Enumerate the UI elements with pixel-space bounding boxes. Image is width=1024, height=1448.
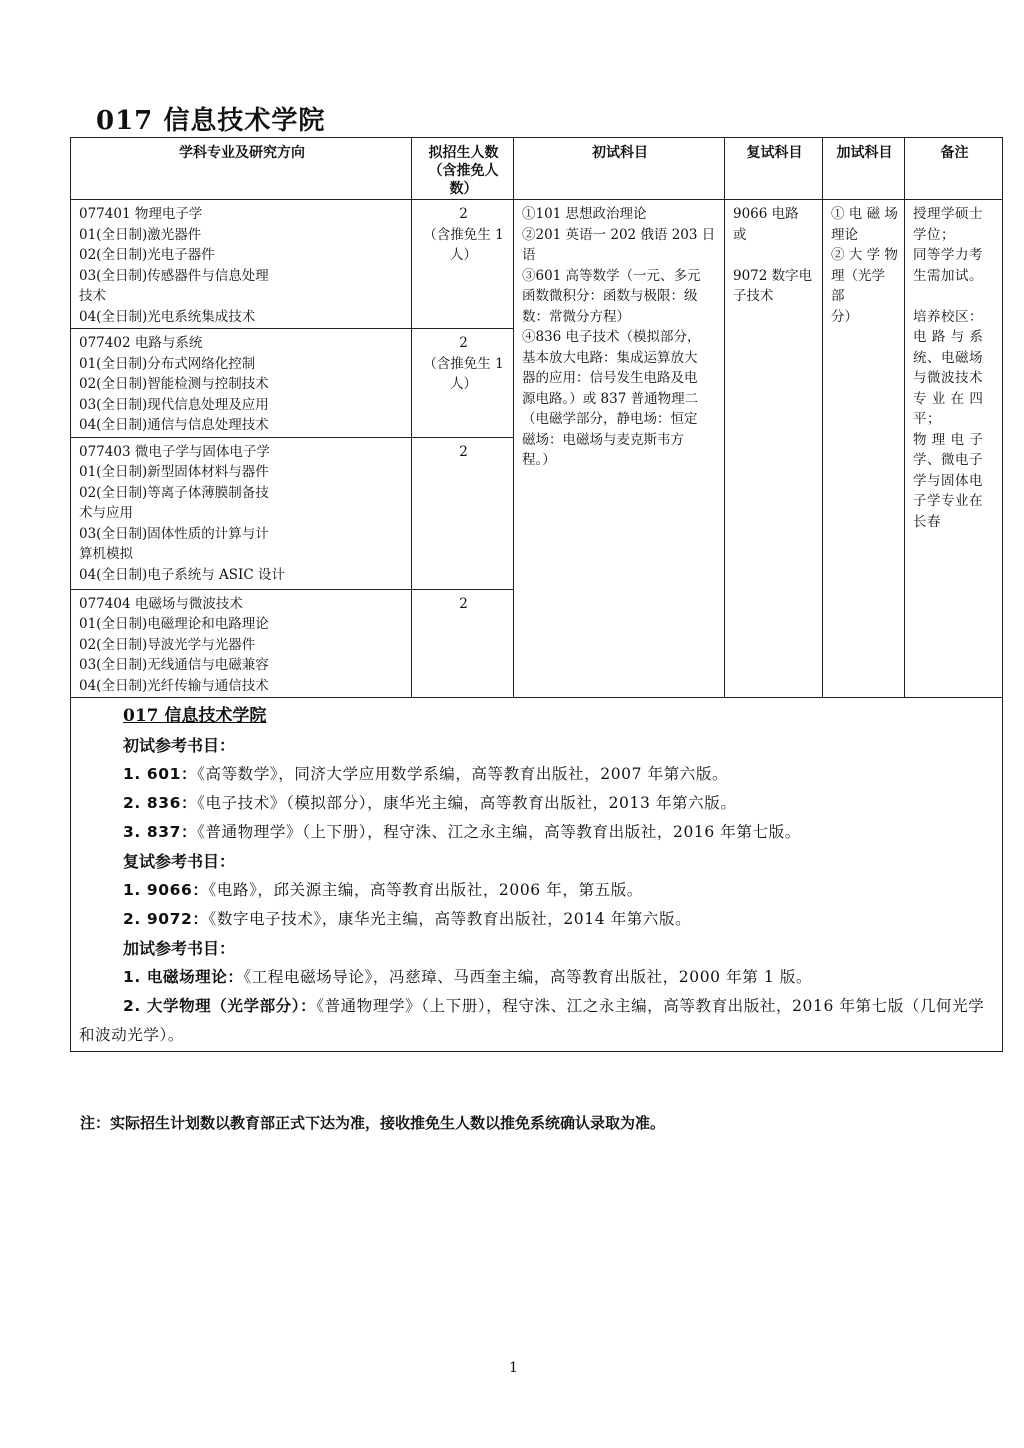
reference-item: 3. 837：《普通物理学》（上下册），程守洙、江之永主编，高等教育出版社，20… [79, 818, 996, 847]
direction: 04(全日制)电子系统与 ASIC 设计 [79, 565, 405, 586]
reference-text: 《高等数学》，同济大学应用数学系编，高等教育出版社，2007 年第六版。 [197, 765, 728, 783]
initial-subject-line: ②201 英语一 202 俄语 203 日 [522, 225, 718, 246]
count-cell: 2 [412, 589, 514, 698]
reference-code: 2. 大学物理（光学部分）： [123, 997, 316, 1015]
count-note: （含推免生 1 人） [420, 225, 507, 266]
direction: 01(全日制)分布式网络化控制 [79, 354, 405, 375]
direction: 02(全日制)智能检测与控制技术 [79, 374, 405, 395]
initial-subject-line: 器的应用：信号发生电路及电 [522, 368, 718, 389]
retest-subject-line: 子技术 [733, 286, 816, 307]
major-cell: 077404 电磁场与微波技术 01(全日制)电磁理论和电路理论 02(全日制)… [71, 589, 412, 698]
direction: 01(全日制)电磁理论和电路理论 [79, 614, 405, 635]
reference-code: 3. 837： [123, 823, 197, 841]
note-line: 同等学力考 [913, 245, 996, 266]
page-title: 017 信息技术学院 [96, 100, 325, 137]
direction: 02(全日制)等离子体薄膜制备技 [79, 483, 405, 504]
initial-subject-line: ④836 电子技术（模拟部分， [522, 327, 718, 348]
count-note: （含推免生 1 人） [420, 354, 507, 395]
table-row: 077401 物理电子学 01(全日制)激光器件 02(全日制)光电子器件 03… [71, 200, 1003, 329]
count-value: 2 [420, 204, 507, 225]
initial-subject-line: （电磁学部分，静电场：恒定 [522, 409, 718, 430]
direction: 04(全日制)光电系统集成技术 [79, 307, 405, 328]
header-notes: 备注 [905, 138, 1003, 200]
additional-subject-line: 理（光学部 [831, 266, 898, 307]
header-count: 拟招生人数 （含推免人数） [412, 138, 514, 200]
initial-subjects-cell: ①101 思想政治理论 ②201 英语一 202 俄语 203 日 语 ③601… [514, 200, 725, 698]
retest-subject-line [733, 245, 816, 266]
note-line: 生需加试。 [913, 266, 996, 287]
major-cell: 077403 微电子学与固体电子学 01(全日制)新型固体材料与器件 02(全日… [71, 437, 412, 589]
reference-text: 《电子技术》（模拟部分），康华光主编，高等教育出版社，2013 年第六版。 [197, 794, 736, 812]
reference-code: 1. 601： [123, 765, 197, 783]
direction: 03(全日制)传感器件与信息处理 [79, 266, 405, 287]
direction: 01(全日制)激光器件 [79, 225, 405, 246]
reference-text: 《普通物理学》（上下册），程守洙、江之永主编，高等教育出版社，2016 年第七版… [197, 823, 801, 841]
direction: 技术 [79, 286, 405, 307]
notes-cell: 授理学硕士 学位； 同等学力考 生需加试。 培养校区： 电 路 与 系 统、电磁… [905, 200, 1003, 698]
reference-item: 1. 9066：《电路》，邱关源主编，高等教育出版社，2006 年，第五版。 [79, 876, 996, 905]
direction: 02(全日制)导波光学与光器件 [79, 635, 405, 656]
note-line: 学位； [913, 225, 996, 246]
header-major: 学科专业及研究方向 [71, 138, 412, 200]
major-title: 077402 电路与系统 [79, 333, 405, 354]
note-line: 物 理 电 子 [913, 430, 996, 451]
initial-reference-heading: 初试参考书目： [123, 731, 996, 760]
reference-item: 2. 836：《电子技术》（模拟部分），康华光主编，高等教育出版社，2013 年… [79, 789, 996, 818]
reference-text: 《数字电子技术》，康华光主编，高等教育出版社，2014 年第六版。 [209, 910, 692, 928]
direction: 02(全日制)光电子器件 [79, 245, 405, 266]
major-title: 077404 电磁场与微波技术 [79, 594, 405, 615]
major-cell: 077401 物理电子学 01(全日制)激光器件 02(全日制)光电子器件 03… [71, 200, 412, 329]
reference-item: 2. 9072：《数字电子技术》，康华光主编，高等教育出版社，2014 年第六版… [79, 905, 996, 934]
initial-subject-line: 磁场：电磁场与麦克斯韦方 [522, 430, 718, 451]
direction: 算机模拟 [79, 544, 405, 565]
reference-school-title: 017 信息技术学院 [123, 702, 996, 731]
table-header-row: 学科专业及研究方向 拟招生人数 （含推免人数） 初试科目 复试科目 加试科目 备… [71, 138, 1003, 200]
note-line: 培养校区： [913, 307, 996, 328]
retest-subject-line: 或 [733, 225, 816, 246]
major-cell: 077402 电路与系统 01(全日制)分布式网络化控制 02(全日制)智能检测… [71, 329, 412, 438]
reference-text: 《工程电磁场导论》，冯慈璋、马西奎主编，高等教育出版社，2000 年第 1 版。 [243, 968, 812, 986]
major-title: 077403 微电子学与固体电子学 [79, 442, 405, 463]
reference-code: 2. 836： [123, 794, 197, 812]
reference-text: 《电路》，邱关源主编，高等教育出版社，2006 年，第五版。 [209, 881, 643, 899]
initial-subject-line: ①101 思想政治理论 [522, 204, 718, 225]
reference-item: 2. 大学物理（光学部分）：《普通物理学》（上下册），程守洙、江之永主编，高等教… [79, 992, 996, 1050]
additional-subjects-cell: ① 电 磁 场 理论 ② 大 学 物 理（光学部 分） [823, 200, 905, 698]
count-value: 2 [420, 442, 507, 463]
additional-reference-heading: 加试参考书目： [123, 934, 996, 963]
direction: 03(全日制)固体性质的计算与计 [79, 524, 405, 545]
direction: 04(全日制)通信与信息处理技术 [79, 415, 405, 436]
reference-code: 1. 9066： [123, 881, 209, 899]
direction: 03(全日制)无线通信与电磁兼容 [79, 655, 405, 676]
count-cell: 2 [412, 437, 514, 589]
direction: 04(全日制)光纤传输与通信技术 [79, 676, 405, 697]
retest-subject-line: 9072 数字电 [733, 266, 816, 287]
initial-subject-line: 基本放大电路：集成运算放大 [522, 348, 718, 369]
note-line: 长春 [913, 512, 996, 533]
count-cell: 2 （含推免生 1 人） [412, 200, 514, 329]
note-line [913, 286, 996, 307]
direction: 01(全日制)新型固体材料与器件 [79, 462, 405, 483]
direction: 术与应用 [79, 503, 405, 524]
initial-subject-line: 数：常微分方程） [522, 307, 718, 328]
additional-subject-line: ① 电 磁 场 [831, 204, 898, 225]
retest-subjects-cell: 9066 电路 或 9072 数字电 子技术 [725, 200, 823, 698]
note-line: 平； [913, 409, 996, 430]
additional-subject-line: 分） [831, 307, 898, 328]
note-line: 专 业 在 四 [913, 389, 996, 410]
note-line: 统、电磁场 [913, 348, 996, 369]
header-initial: 初试科目 [514, 138, 725, 200]
note-line: 与微波技术 [913, 368, 996, 389]
retest-reference-heading: 复试参考书目： [123, 847, 996, 876]
reference-books-row: 017 信息技术学院 初试参考书目： 1. 601：《高等数学》，同济大学应用数… [71, 698, 1003, 1052]
reference-item: 1. 601：《高等数学》，同济大学应用数学系编，高等教育出版社，2007 年第… [79, 760, 996, 789]
note-line: 学与固体电 [913, 471, 996, 492]
reference-books-cell: 017 信息技术学院 初试参考书目： 1. 601：《高等数学》，同济大学应用数… [71, 698, 1003, 1052]
major-title: 077401 物理电子学 [79, 204, 405, 225]
header-retest: 复试科目 [725, 138, 823, 200]
header-additional: 加试科目 [823, 138, 905, 200]
page-number: 1 [509, 1360, 518, 1376]
initial-subject-line: 函数微积分：函数与极限：级 [522, 286, 718, 307]
additional-subject-line: 理论 [831, 225, 898, 246]
direction: 03(全日制)现代信息处理及应用 [79, 395, 405, 416]
enrollment-table: 学科专业及研究方向 拟招生人数 （含推免人数） 初试科目 复试科目 加试科目 备… [70, 137, 1003, 1052]
header-count-line1: 拟招生人数 [420, 144, 507, 162]
note-line: 子学专业在 [913, 491, 996, 512]
initial-subject-line: 语 [522, 245, 718, 266]
initial-subject-line: ③601 高等数学（一元、多元 [522, 266, 718, 287]
reference-item: 1. 电磁场理论：《工程电磁场导论》，冯慈璋、马西奎主编，高等教育出版社，200… [79, 963, 996, 992]
initial-subject-line: 源电路。）或 837 普通物理二 [522, 389, 718, 410]
initial-subject-line: 程。） [522, 450, 718, 471]
reference-code: 2. 9072： [123, 910, 209, 928]
footnote: 注：实际招生计划数以教育部正式下达为准，接收推免生人数以推免系统确认录取为准。 [80, 1112, 665, 1133]
retest-subject-line: 9066 电路 [733, 204, 816, 225]
note-line: 电 路 与 系 [913, 327, 996, 348]
count-cell: 2 （含推免生 1 人） [412, 329, 514, 438]
reference-code: 1. 电磁场理论： [123, 968, 243, 986]
additional-subject-line: ② 大 学 物 [831, 245, 898, 266]
note-line: 学、微电子 [913, 450, 996, 471]
header-count-line2: （含推免人数） [420, 162, 507, 198]
note-line: 授理学硕士 [913, 204, 996, 225]
count-value: 2 [420, 594, 507, 615]
count-value: 2 [420, 333, 507, 354]
